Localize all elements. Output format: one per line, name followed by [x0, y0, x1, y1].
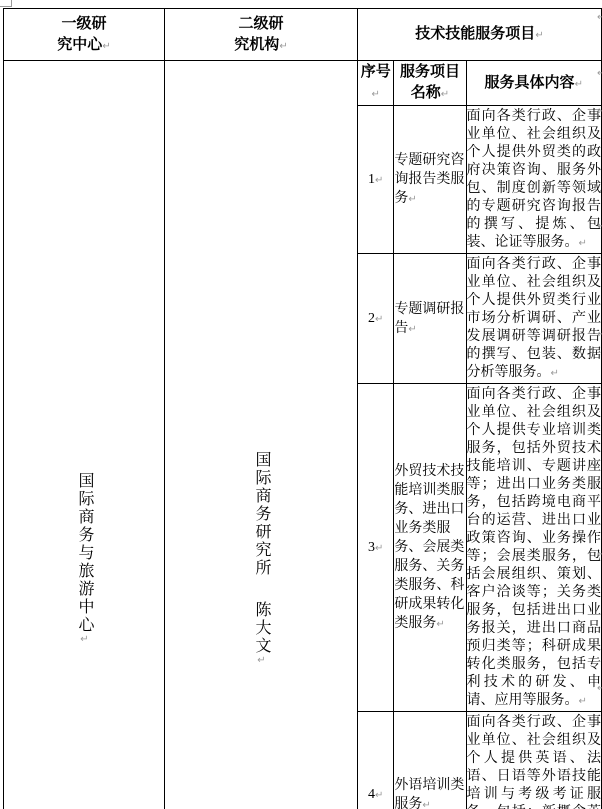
row2-content-cell[interactable]: 面向各类行政、企事业单位、社会组织及个人提供外贸类行业市场分析调研、产业发展调研… [466, 254, 601, 384]
cell-level1-center-name[interactable]: 国际商务与旅游中心↵ [4, 61, 165, 809]
level2-person-name: 陈大文 [253, 601, 270, 655]
row4-content-cell[interactable]: 面向各类行政、企事业单位、社会组织及个人提供英语、法语、日语等外语技能培训与考级… [466, 712, 601, 809]
row4-num-cell[interactable]: 4↵ [358, 712, 394, 809]
row-end-mark: ↵ [597, 106, 602, 117]
row-end-mark: ↵ [597, 549, 602, 560]
cell-end-mark: ↵ [422, 800, 430, 809]
row-number: 2 [368, 311, 375, 326]
row-end-mark: ↵ [597, 221, 602, 232]
subheader-row: 国际商务与旅游中心↵ 国际商务研究所陈大文↵ 序号↵ 服务项目名称↵ 服务具体内… [4, 61, 602, 106]
cell-end-mark: ↵ [375, 314, 383, 325]
cell-end-mark: ↵ [375, 790, 383, 801]
row2-num-cell[interactable]: 2↵ [358, 254, 394, 384]
service-name: 专题调研报告 [394, 300, 464, 335]
subheader-num-label: 序号 [361, 63, 391, 80]
service-content: 面向各类行政、企事业单位、社会组织及个人提供外贸类行业市场分析调研、产业发展调研… [467, 255, 601, 379]
level1-center-vertical-text: 国际商务与旅游中心↵ [76, 472, 92, 645]
cell-end-mark: ↵ [441, 89, 449, 100]
header-row: 一级研 究中心↵ 二级研 究机构↵ 技术技能服务项目↵ [4, 9, 602, 61]
cell-end-mark: ↵ [535, 30, 543, 41]
row-end-mark: ↵ [597, 68, 602, 79]
cell-end-mark: ↵ [436, 619, 444, 630]
cell-end-mark: ↵ [408, 194, 416, 205]
cell-level2-org-name[interactable]: 国际商务研究所陈大文↵ [165, 61, 358, 809]
header-level1-center-label: 一级研 究中心 [57, 15, 106, 53]
cell-end-mark: ↵ [256, 655, 267, 666]
row-end-mark: ↵ [597, 12, 602, 23]
row2-name-cell[interactable]: 专题调研报告↵ [394, 254, 466, 384]
header-cell-level2-org[interactable]: 二级研 究机构↵ [165, 9, 358, 61]
row-number: 1 [368, 172, 375, 187]
service-projects-table: 一级研 究中心↵ 二级研 究机构↵ 技术技能服务项目↵ 国际商务与旅游中心↵ [3, 8, 602, 809]
cell-end-mark: ↵ [408, 324, 416, 335]
cell-end-mark: ↵ [372, 89, 380, 100]
row4-name-cell[interactable]: 外语培训类服务↵ [394, 712, 466, 809]
cell-end-mark: ↵ [375, 175, 383, 186]
row3-name-cell[interactable]: 外贸技术技能培训类服务、进出口业务类服务、会展类服务、关务类服务、科研成果转化类… [394, 384, 466, 712]
row1-content-cell[interactable]: 面向各类行政、企事业单位、社会组织及个人提供外贸类的政府决策咨询、服务外包、制度… [466, 106, 601, 254]
subheader-cell-name[interactable]: 服务项目名称↵ [394, 61, 466, 106]
header-service-projects-label: 技术技能服务项目 [415, 25, 535, 42]
table-anchor-icon [0, 0, 12, 7]
cell-end-mark: ↵ [579, 238, 587, 249]
row-end-mark: ↵ [597, 329, 602, 340]
service-content: 面向各类行政、企事业单位、社会组织及个人提供外贸类的政府决策咨询、服务外包、制度… [467, 107, 601, 249]
row1-name-cell[interactable]: 专题研究咨询报告类服务↵ [394, 106, 466, 254]
cell-end-mark: ↵ [579, 696, 587, 707]
level2-org-vertical-text: 国际商务研究所陈大文↵ [253, 451, 269, 666]
header-level2-org-label: 二级研 究机构 [234, 15, 283, 53]
row-number: 4 [368, 787, 375, 802]
cell-end-mark: ↵ [551, 368, 559, 379]
document-page: 一级研 究中心↵ 二级研 究机构↵ 技术技能服务项目↵ 国际商务与旅游中心↵ [0, 0, 602, 809]
level2-org-name: 国际商务研究所 [253, 451, 270, 577]
header-cell-service-projects[interactable]: 技术技能服务项目↵ [358, 9, 602, 61]
service-content-pre: 面向各类行政、企事业单位、社会组织及个人提供英语、法语、日语等外语技能培训与考级… [467, 713, 601, 809]
row1-num-cell[interactable]: 1↵ [358, 106, 394, 254]
cell-end-mark: ↵ [375, 543, 383, 554]
service-name: 专题研究咨询报告类服务 [394, 151, 464, 205]
service-name: 外贸技术技能培训类服务、进出口业务类服务、会展类服务、关务类服务、科研成果转化类… [394, 462, 464, 630]
service-content: 面向各类行政、企事业单位、社会组织及个人提供专业培训类服务，包括外贸技术技能培训… [467, 385, 601, 707]
cell-end-mark: ↵ [279, 41, 287, 52]
subheader-cell-num[interactable]: 序号↵ [358, 61, 394, 106]
cell-end-mark: ↵ [79, 634, 90, 645]
row3-num-cell[interactable]: 3↵ [358, 384, 394, 712]
subheader-content-label: 服务具体内容 [485, 74, 575, 91]
row-number: 3 [368, 540, 375, 555]
cell-end-mark: ↵ [575, 79, 583, 90]
level1-center-name: 国际商务与旅游中心 [76, 472, 93, 634]
subheader-cell-content[interactable]: 服务具体内容↵ [466, 61, 601, 106]
row3-content-cell[interactable]: 面向各类行政、企事业单位、社会组织及个人提供专业培训类服务，包括外贸技术技能培训… [466, 384, 601, 712]
header-cell-level1-center[interactable]: 一级研 究中心↵ [4, 9, 165, 61]
row-end-mark: ↵ [597, 683, 602, 694]
subheader-name-label: 服务项目名称 [400, 63, 460, 101]
cell-end-mark: ↵ [102, 41, 110, 52]
